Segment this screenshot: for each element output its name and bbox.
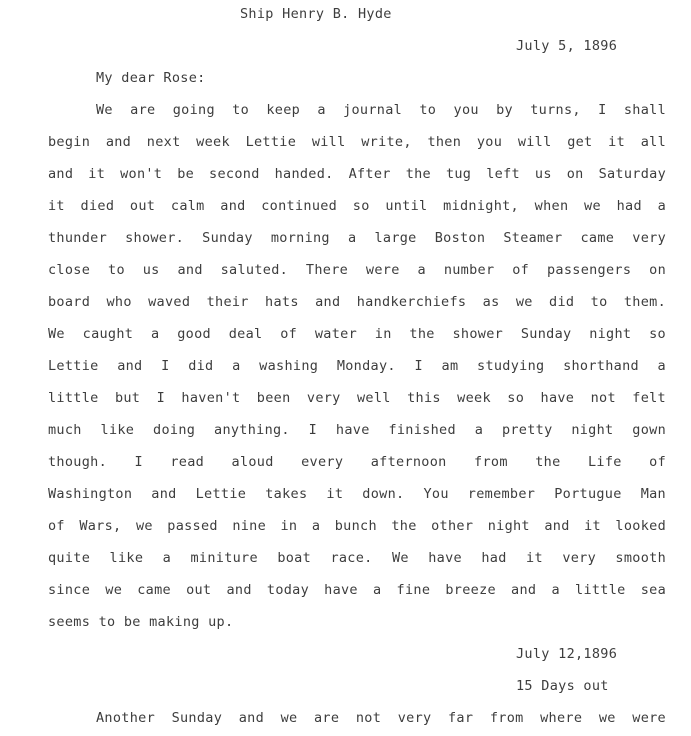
body-line: little but I haven't been very well this… xyxy=(48,390,666,406)
body-line: of Wars, we passed nine in a bunch the o… xyxy=(48,518,666,534)
entry1-last-line: seems to be making up. xyxy=(48,614,233,630)
body-line: Lettie and I did a washing Monday. I am … xyxy=(48,358,666,374)
entry2-subtitle: 15 Days out xyxy=(516,678,609,694)
letter-heading: Ship Henry B. Hyde xyxy=(240,6,392,22)
body-line: close to us and saluted. There were a nu… xyxy=(48,262,666,278)
body-line: Washington and Lettie takes it down. You… xyxy=(48,486,666,502)
body-line: though. I read aloud every afternoon fro… xyxy=(48,454,666,470)
body-line: since we came out and today have a fine … xyxy=(48,582,666,598)
entry1-first-line: We are going to keep a journal to you by… xyxy=(96,102,666,118)
entry2-first-line: Another Sunday and we are not very far f… xyxy=(96,710,666,726)
body-line: begin and next week Lettie will write, t… xyxy=(48,134,666,150)
body-line: board who waved their hats and handkerch… xyxy=(48,294,666,310)
entry1-date: July 5, 1896 xyxy=(516,38,617,54)
body-line: much like doing anything. I have finishe… xyxy=(48,422,666,438)
body-line: We caught a good deal of water in the sh… xyxy=(48,326,666,342)
typed-letter-page: Ship Henry B. Hyde July 5, 1896 My dear … xyxy=(0,0,691,736)
salutation: My dear Rose: xyxy=(96,70,206,86)
entry2-date: July 12,1896 xyxy=(516,646,617,662)
body-line: thunder shower. Sunday morning a large B… xyxy=(48,230,666,246)
body-line: quite like a miniture boat race. We have… xyxy=(48,550,666,566)
body-line: and it won't be second handed. After the… xyxy=(48,166,666,182)
body-line: it died out calm and continued so until … xyxy=(48,198,666,214)
